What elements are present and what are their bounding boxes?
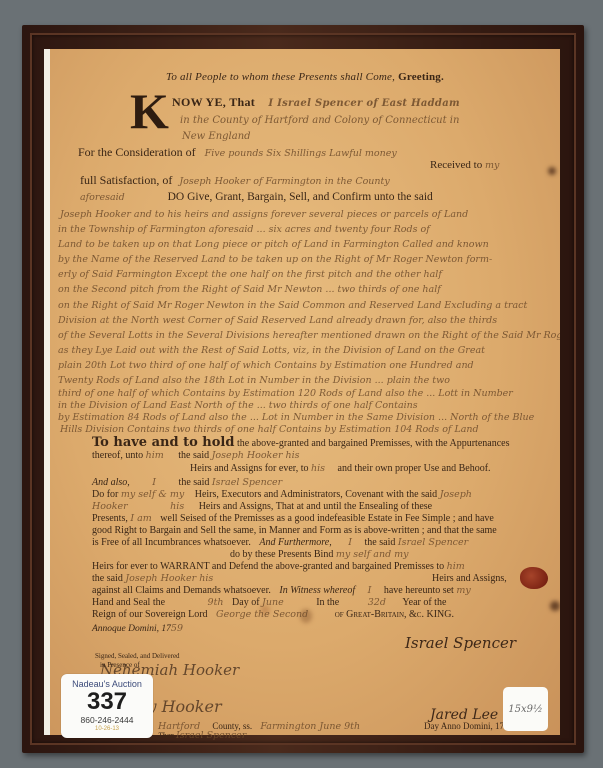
grantor-signature: Israel Spencer xyxy=(405,634,516,652)
label: and their own proper Use and Behoof. xyxy=(338,463,491,474)
received-hand: my xyxy=(485,160,499,171)
body-line: by the Name of the Reserved Land to be t… xyxy=(58,254,560,265)
heading-text: To all People to whom these Presents sha… xyxy=(166,71,395,83)
hand-fill: Joseph Hooker his xyxy=(212,450,300,461)
label: And Furthermore, xyxy=(259,537,331,548)
hand-fill: him xyxy=(146,450,164,461)
hand-fill: his xyxy=(311,463,325,474)
covenant-line-4: Presents, I am well Seised of the Premis… xyxy=(92,513,560,524)
label: Then xyxy=(158,731,174,740)
size-text: 15x9½ xyxy=(508,704,542,715)
hand-fill: 32d xyxy=(368,597,386,608)
body-line: Hills Division Contains two thirds of on… xyxy=(60,424,560,435)
consideration-label: For the Consideration of xyxy=(78,145,196,159)
justice-signature: Jared Lee xyxy=(430,707,498,723)
covenant-line-7: do by these Presents Bind my self and my xyxy=(230,549,560,560)
hand-fill: Joseph Hooker his xyxy=(125,573,213,584)
body-line: on the Second pitch from the Right of Sa… xyxy=(58,284,560,295)
hand-fill: Joseph xyxy=(440,489,472,500)
label: the said xyxy=(365,537,396,548)
label: is Free of all Incumbrances whatsoever. xyxy=(92,537,251,548)
size-tag: 15x9½ xyxy=(503,687,548,731)
hand-fill: Israel Spencer xyxy=(176,730,246,741)
auction-phone: 860-246-2444 xyxy=(61,715,153,725)
conveyance-label: DO Give, Grant, Bargain, Sell, and Confi… xyxy=(168,191,433,203)
covenant-line-9: the said Joseph Hooker his Heirs and Ass… xyxy=(92,573,560,584)
hand-fill: 9th xyxy=(208,597,224,608)
body-line: on the Right of Said Mr Roger Newton in … xyxy=(58,300,560,311)
lot-number: 337 xyxy=(61,689,153,715)
label: the said xyxy=(92,573,123,584)
label: Presents, xyxy=(92,513,128,524)
body-line: third of one half of which Contains by E… xyxy=(58,388,560,399)
covenant-line-11: Hand and Seal the 9th Day of June In the… xyxy=(92,597,560,608)
county-hand: in the County of Hartford and Colony of … xyxy=(180,115,560,126)
covenant-line-2: Do for my self & my Heirs, Executors and… xyxy=(92,489,560,500)
body-line: Joseph Hooker and to his heirs and assig… xyxy=(60,209,560,220)
received-label: Received to xyxy=(430,159,482,171)
body-line: plain 20th Lot two third of one half of … xyxy=(58,360,560,371)
label: Day of xyxy=(232,597,260,608)
covenant-line-10: against all Claims and Demands whatsoeve… xyxy=(92,585,560,596)
satisfaction-line: full Satisfaction, of Joseph Hooker of F… xyxy=(80,173,560,188)
body-line: in the Township of Farmington aforesaid … xyxy=(58,224,560,235)
hand-fill: I xyxy=(348,537,352,548)
label: Heirs and Assigns for ever, to xyxy=(190,463,308,474)
hand-fill: my self and my xyxy=(336,549,409,560)
hand-fill: 59 xyxy=(171,623,183,634)
body-line: erly of Said Farmington Except the one h… xyxy=(58,269,560,280)
hand-fill: Israel Spencer xyxy=(398,537,468,548)
hand-fill: I xyxy=(368,585,372,596)
body-line: Land to be taken up on that Long piece o… xyxy=(58,239,560,250)
covenant-line-5: good Right to Bargain and Sell the same,… xyxy=(92,525,560,536)
grantee-hand: Joseph Hooker of Farmington in the Count… xyxy=(179,176,389,187)
know-ye-label: NOW YE, That xyxy=(172,95,255,109)
label: Hand and Seal the xyxy=(92,597,165,608)
label: thereof, unto xyxy=(92,450,143,461)
auction-lot-sticker: Nadeau's Auction 337 860-246-2444 10-26-… xyxy=(61,674,153,738)
habendum-line-1: To have and to hold the above-granted an… xyxy=(92,435,560,450)
label: Year of the xyxy=(402,597,446,608)
signed-label: Signed, Sealed, and Delivered xyxy=(95,652,560,660)
covenant-line-8: Heirs for ever to WARRANT and Defend the… xyxy=(92,561,560,572)
body-line: Twenty Rods of Land also the 18th Lot in… xyxy=(58,375,560,386)
covenant-line-1: And also, I the said Israel Spencer xyxy=(92,477,560,488)
know-ye-text: NOW YE, That I Israel Spencer of East Ha… xyxy=(172,95,460,110)
label: against all Claims and Demands whatsoeve… xyxy=(92,585,271,596)
grantor-hand: I Israel Spencer of East Haddam xyxy=(268,98,459,109)
deed-document: To all People to whom these Presents sha… xyxy=(50,49,560,735)
label: In the xyxy=(316,597,339,608)
label: Heirs for ever to WARRANT and Defend the… xyxy=(92,561,444,572)
region-hand: New England xyxy=(182,131,560,142)
label: well Seised of the Premisses as a good i… xyxy=(160,513,494,524)
covenant-line-13: Annoque Domini, 1759 xyxy=(92,623,560,634)
ack-line-2: Then Israel Spencer xyxy=(158,730,603,741)
wax-seal xyxy=(520,567,548,589)
label: Heirs, Executors and Administrators, Cov… xyxy=(195,489,437,500)
covenant-line-12: Reign of our Sovereign Lord George the S… xyxy=(92,609,560,620)
body-line: in the Division of Land East North of th… xyxy=(58,400,560,411)
body-line: of the Several Lotts in the Several Divi… xyxy=(58,330,560,341)
hand-fill: Hooker xyxy=(92,501,128,512)
conveyance-line: aforesaid DO Give, Grant, Bargain, Sell,… xyxy=(80,191,560,203)
hand-fill: Israel Spencer xyxy=(212,477,282,488)
label: the said xyxy=(179,477,210,488)
body-line: as they Lye Laid out with the Rest of Sa… xyxy=(58,345,560,356)
hand-fill: June xyxy=(262,597,284,608)
label: Reign of our Sovereign Lord xyxy=(92,609,208,620)
body-line: by Estimation 84 Rods of Land also the .… xyxy=(58,412,560,423)
label: And also, xyxy=(92,477,130,488)
label: In Witness whereof xyxy=(279,585,355,596)
habendum-title: To have and to hold xyxy=(92,435,234,450)
drop-cap: K xyxy=(130,86,169,136)
hand-fill: my self & my xyxy=(121,489,184,500)
consideration-line: For the Consideration of Five pounds Six… xyxy=(78,145,560,160)
hand-fill: I xyxy=(152,477,156,488)
covenant-line-3: Hooker his Heirs and Assigns, That at an… xyxy=(92,501,560,512)
habendum-line-3: Heirs and Assigns for ever, to his and t… xyxy=(190,463,560,474)
hand-fill: his xyxy=(170,501,184,512)
label: do by these Presents Bind xyxy=(230,549,333,560)
hand-fill: I am xyxy=(130,513,151,524)
covenant-line-6: is Free of all Incumbrances whatsoever. … xyxy=(92,537,560,548)
hand-fill: George the Second xyxy=(216,609,308,620)
habendum-text: the above-granted and bargained Premisse… xyxy=(237,438,510,449)
deed-heading: To all People to whom these Presents sha… xyxy=(50,71,560,83)
label: Do for xyxy=(92,489,118,500)
habendum-line-2: thereof, unto him the said Joseph Hooker… xyxy=(92,450,560,461)
body-line: Division at the North west Corner of Sai… xyxy=(58,315,560,326)
consideration-hand: Five pounds Six Shillings Lawful money xyxy=(205,148,397,159)
auction-date: 10-26-13 xyxy=(61,726,153,732)
label: Annoque Domini, 17 xyxy=(92,624,171,634)
satisfaction-label: full Satisfaction, of xyxy=(80,173,172,187)
label: Heirs and Assigns, That at and until the… xyxy=(199,501,432,512)
label: the said xyxy=(178,450,209,461)
hand-fill: him xyxy=(447,561,465,572)
greeting-text: Greeting. xyxy=(398,71,444,83)
received-line: Received to my xyxy=(430,159,560,171)
hand-fill: my xyxy=(456,585,470,596)
label: have hereunto set xyxy=(384,585,454,596)
label: of Great-Britain, &c. KING. xyxy=(335,609,454,620)
label: Heirs and Assigns, xyxy=(432,573,507,584)
aforesaid-hand: aforesaid xyxy=(80,192,125,203)
